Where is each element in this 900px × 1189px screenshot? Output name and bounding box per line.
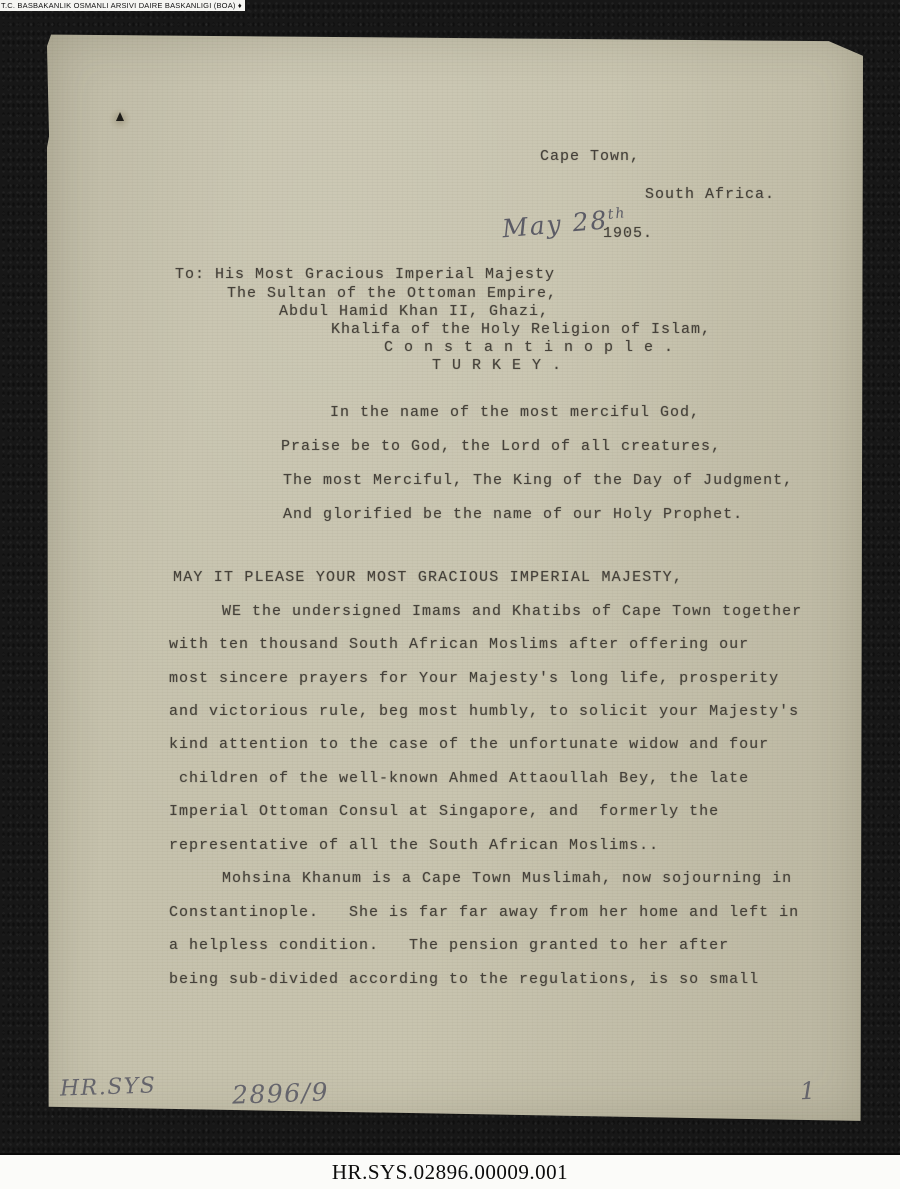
- address-line: Khalifa of the Holy Religion of Islam,: [331, 321, 711, 338]
- body-line: Imperial Ottoman Consul at Singapore, an…: [169, 803, 719, 820]
- annotation-fonds-code: HR.SYS: [60, 1073, 157, 1101]
- annotation-page-number: 1: [800, 1077, 818, 1106]
- body-line: Mohsina Khanum is a Cape Town Muslimah, …: [222, 870, 792, 887]
- paper-hole-mark: [109, 107, 131, 129]
- body-line: and victorious rule, beg most humbly, to…: [169, 703, 799, 720]
- caption-bar: HR.SYS.02896.00009.001: [0, 1153, 900, 1189]
- handwritten-date-main: May 28: [501, 205, 610, 243]
- handwritten-date-suffix: th: [607, 205, 627, 223]
- invocation-line: Praise be to God, the Lord of all creatu…: [281, 438, 721, 455]
- body-line: WE the undersigned Imams and Khatibs of …: [222, 603, 802, 620]
- invocation-line: And glorified be the name of our Holy Pr…: [283, 506, 743, 523]
- address-line: The Sultan of the Ottoman Empire,: [227, 285, 557, 302]
- address-line: Abdul Hamid Khan II, Ghazi,: [279, 303, 549, 320]
- invocation-line: In the name of the most merciful God,: [330, 404, 700, 421]
- body-line: children of the well-known Ahmed Attaoul…: [169, 770, 749, 787]
- annotation-file-number: 2896/9: [232, 1077, 330, 1109]
- catalog-caption: HR.SYS.02896.00009.001: [332, 1160, 568, 1185]
- address-line: To: His Most Gracious Imperial Majesty: [175, 266, 555, 283]
- scan-background: T.C. BASBAKANLIK OSMANLI ARSIVI DAIRE BA…: [0, 0, 900, 1189]
- body-line: most sincere prayers for Your Majesty's …: [169, 670, 779, 687]
- place-line-city: Cape Town,: [540, 148, 640, 165]
- letter-page: Cape Town, South Africa. May 28th 1905. …: [47, 33, 863, 1122]
- body-line: kind attention to the case of the unfort…: [169, 736, 769, 753]
- body-line: representative of all the South African …: [169, 837, 659, 854]
- typed-date-year: 1905.: [603, 225, 653, 242]
- address-line: C o n s t a n t i n o p l e .: [384, 339, 674, 356]
- body-line: a helpless condition. The pension grante…: [169, 937, 729, 954]
- body-line: with ten thousand South African Moslims …: [169, 636, 749, 653]
- archive-label: T.C. BASBAKANLIK OSMANLI ARSIVI DAIRE BA…: [0, 0, 245, 11]
- body-line: being sub-divided according to the regul…: [169, 971, 759, 988]
- place-line-country: South Africa.: [645, 186, 775, 203]
- body-line: Constantinople. She is far far away from…: [169, 904, 799, 921]
- invocation-line: The most Merciful, The King of the Day o…: [283, 472, 793, 489]
- address-line: T U R K E Y .: [432, 357, 562, 374]
- salutation-line: MAY IT PLEASE YOUR MOST GRACIOUS IMPERIA…: [173, 569, 683, 586]
